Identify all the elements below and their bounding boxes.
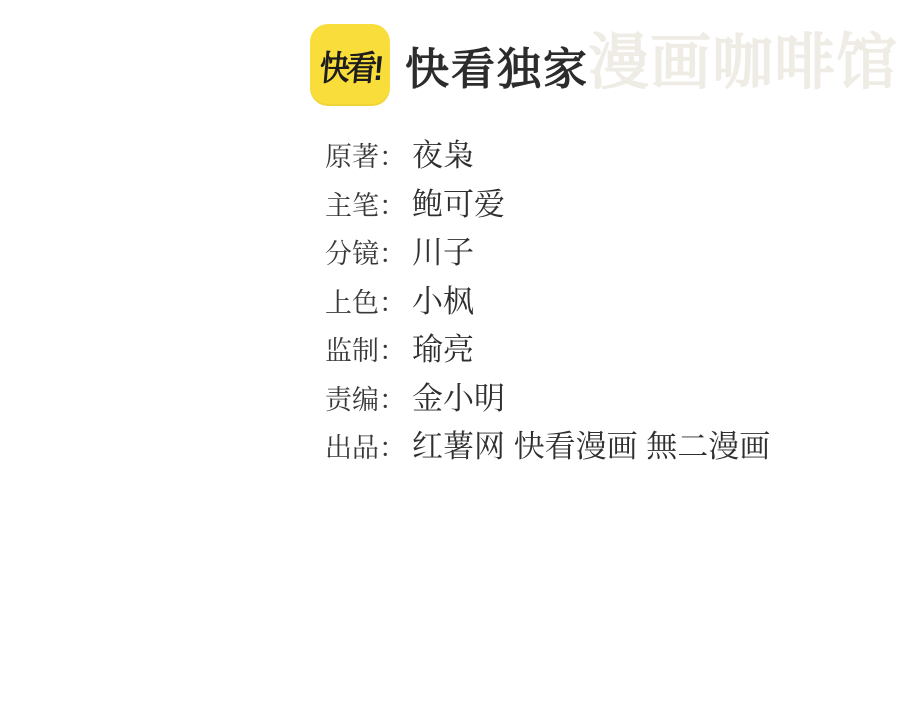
- credit-line-lead-artist: 主笔：鲍可爱: [325, 179, 770, 228]
- page-title: 快看独家: [405, 33, 589, 97]
- credit-name: 瑜亮: [412, 324, 474, 369]
- credit-line-coloring: 上色：小枫: [325, 276, 770, 325]
- credit-colon: ：: [379, 426, 406, 465]
- credit-name: 小枫: [412, 276, 474, 321]
- credit-label: 上色: [325, 281, 379, 320]
- kuaikan-logo-text: 快看!: [317, 40, 382, 91]
- credit-name: 川子: [412, 227, 474, 272]
- credit-colon: ：: [379, 281, 406, 320]
- credit-line-editor: 责编：金小明: [325, 373, 770, 422]
- credit-label: 主笔: [325, 184, 379, 223]
- watermark-text: 漫画咖啡馆: [588, 14, 898, 101]
- credit-label: 原著: [325, 135, 379, 174]
- credits-list: 原著：夜枭 主笔：鲍可爱 分镜：川子 上色：小枫 监制：瑜亮 责编：金小明 出品…: [325, 130, 770, 470]
- credit-label: 监制: [325, 329, 379, 368]
- credit-colon: ：: [379, 184, 406, 223]
- credit-colon: ：: [379, 378, 406, 417]
- credit-label: 出品: [325, 426, 379, 465]
- credit-name: 夜枭: [412, 130, 474, 175]
- credit-name: 红薯网 快看漫画 無二漫画: [412, 421, 770, 466]
- header: 快看! 快看独家: [310, 24, 589, 106]
- credit-label: 责编: [325, 378, 379, 417]
- credit-colon: ：: [379, 135, 406, 174]
- credit-line-storyboard: 分镜：川子: [325, 227, 770, 276]
- credit-line-production: 出品：红薯网 快看漫画 無二漫画: [325, 421, 770, 470]
- credit-line-supervisor: 监制：瑜亮: [325, 324, 770, 373]
- comic-credits-page: 漫画咖啡馆 快看! 快看独家 原著：夜枭 主笔：鲍可爱 分镜：川子 上色：小枫 …: [0, 0, 900, 702]
- credit-colon: ：: [379, 329, 406, 368]
- credit-name: 金小明: [412, 373, 505, 418]
- credit-colon: ：: [379, 232, 406, 271]
- credit-label: 分镜: [325, 232, 379, 271]
- credit-line-original-author: 原著：夜枭: [325, 130, 770, 179]
- kuaikan-logo-icon: 快看!: [310, 24, 390, 106]
- credit-name: 鲍可爱: [412, 179, 505, 224]
